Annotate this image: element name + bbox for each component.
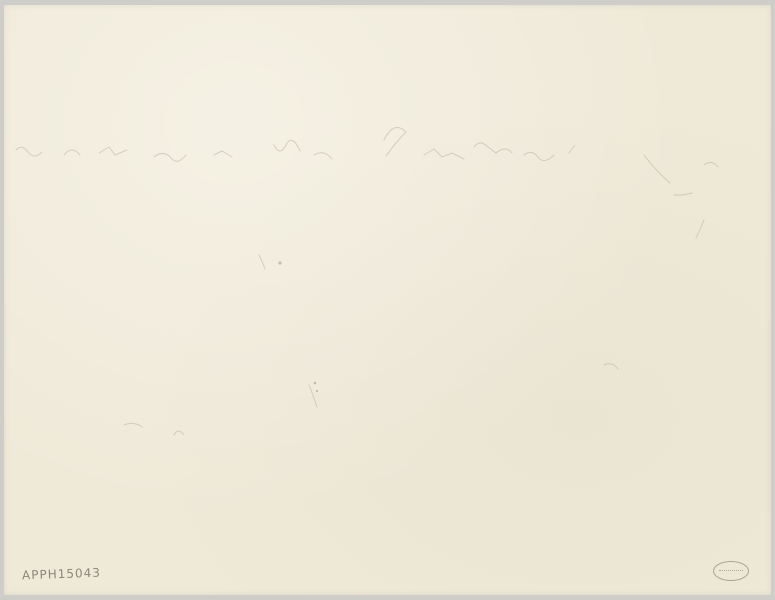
- show-through-marks: [4, 5, 771, 595]
- paper-sheet: APPH15043: [4, 5, 771, 595]
- inventory-number: APPH15043: [22, 566, 101, 583]
- collection-stamp-icon: [713, 561, 749, 581]
- stamp-inner-mark: [719, 570, 743, 573]
